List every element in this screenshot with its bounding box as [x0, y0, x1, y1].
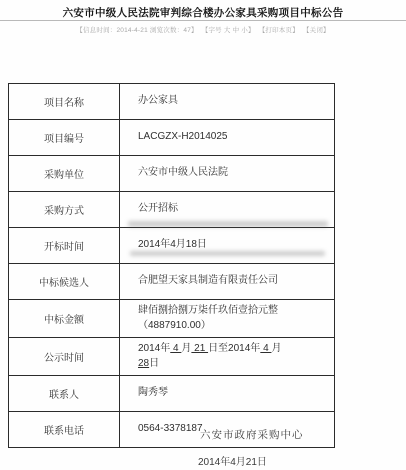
announcement-table: 项目名称办公家具项目编号LACGZX-H2014025采购单位六安市中级人民法院… [8, 83, 335, 448]
table-row: 项目名称办公家具 [9, 84, 335, 120]
row-value: 陶秀琴 [120, 376, 335, 412]
print-button[interactable]: 【打印本页】 [259, 27, 299, 34]
table-row: 采购单位六安市中级人民法院 [9, 156, 335, 192]
table-row: 公示时间2014年 4 月 21 日至2014年 4 月 28日 [9, 338, 335, 376]
issue-date: 2014年4月21日 [198, 453, 267, 468]
table-row: 开标时间2014年4月18日 [9, 228, 335, 264]
row-label: 中标候选人 [9, 264, 120, 300]
row-label: 项目名称 [9, 84, 120, 120]
announcement-page: 六安市中级人民法院审判综合楼办公家具采购项目中标公告 【信息时间：2014-4-… [0, 0, 406, 470]
title-divider [0, 20, 406, 21]
announcement-table-body: 项目名称办公家具项目编号LACGZX-H2014025采购单位六安市中级人民法院… [9, 84, 335, 448]
row-value: 肆佰捌拾捌万柒仟玖佰壹拾元整（4887910.00） [120, 300, 335, 338]
row-label: 中标金额 [9, 300, 120, 338]
row-value: 办公家具 [120, 84, 335, 120]
row-label: 项目编号 [9, 120, 120, 156]
row-value: 2014年 4 月 21 日至2014年 4 月 28日 [120, 338, 335, 376]
row-value: 合肥望天家具制造有限责任公司 [120, 264, 335, 300]
row-label: 开标时间 [9, 228, 120, 264]
row-label: 联系电话 [9, 412, 120, 448]
page-title: 六安市中级人民法院审判综合楼办公家具采购项目中标公告 [0, 5, 406, 20]
row-value: LACGZX-H2014025 [120, 120, 335, 156]
table-row: 联系人陶秀琴 [9, 376, 335, 412]
info-time-label: 【信息时间：2014-4-21 浏览次数：47】 [76, 27, 197, 34]
meta-bar: 【信息时间：2014-4-21 浏览次数：47】 【字号 大 中 小】 【打印本… [0, 25, 406, 34]
row-label: 公示时间 [9, 338, 120, 376]
row-label: 采购单位 [9, 156, 120, 192]
issuing-org: 六安市政府采购中心 [200, 427, 304, 442]
font-size-control[interactable]: 【字号 大 中 小】 [202, 27, 255, 34]
row-value: 六安市中级人民法院 [120, 156, 335, 192]
table-row: 中标金额肆佰捌拾捌万柒仟玖佰壹拾元整（4887910.00） [9, 300, 335, 338]
row-value: 2014年4月18日 [120, 228, 335, 264]
row-label: 联系人 [9, 376, 120, 412]
table-row: 中标候选人合肥望天家具制造有限责任公司 [9, 264, 335, 300]
close-button[interactable]: 【关闭】 [303, 27, 330, 34]
row-label: 采购方式 [9, 192, 120, 228]
table-row: 项目编号LACGZX-H2014025 [9, 120, 335, 156]
table-row: 采购方式公开招标 [9, 192, 335, 228]
row-value: 公开招标 [120, 192, 335, 228]
